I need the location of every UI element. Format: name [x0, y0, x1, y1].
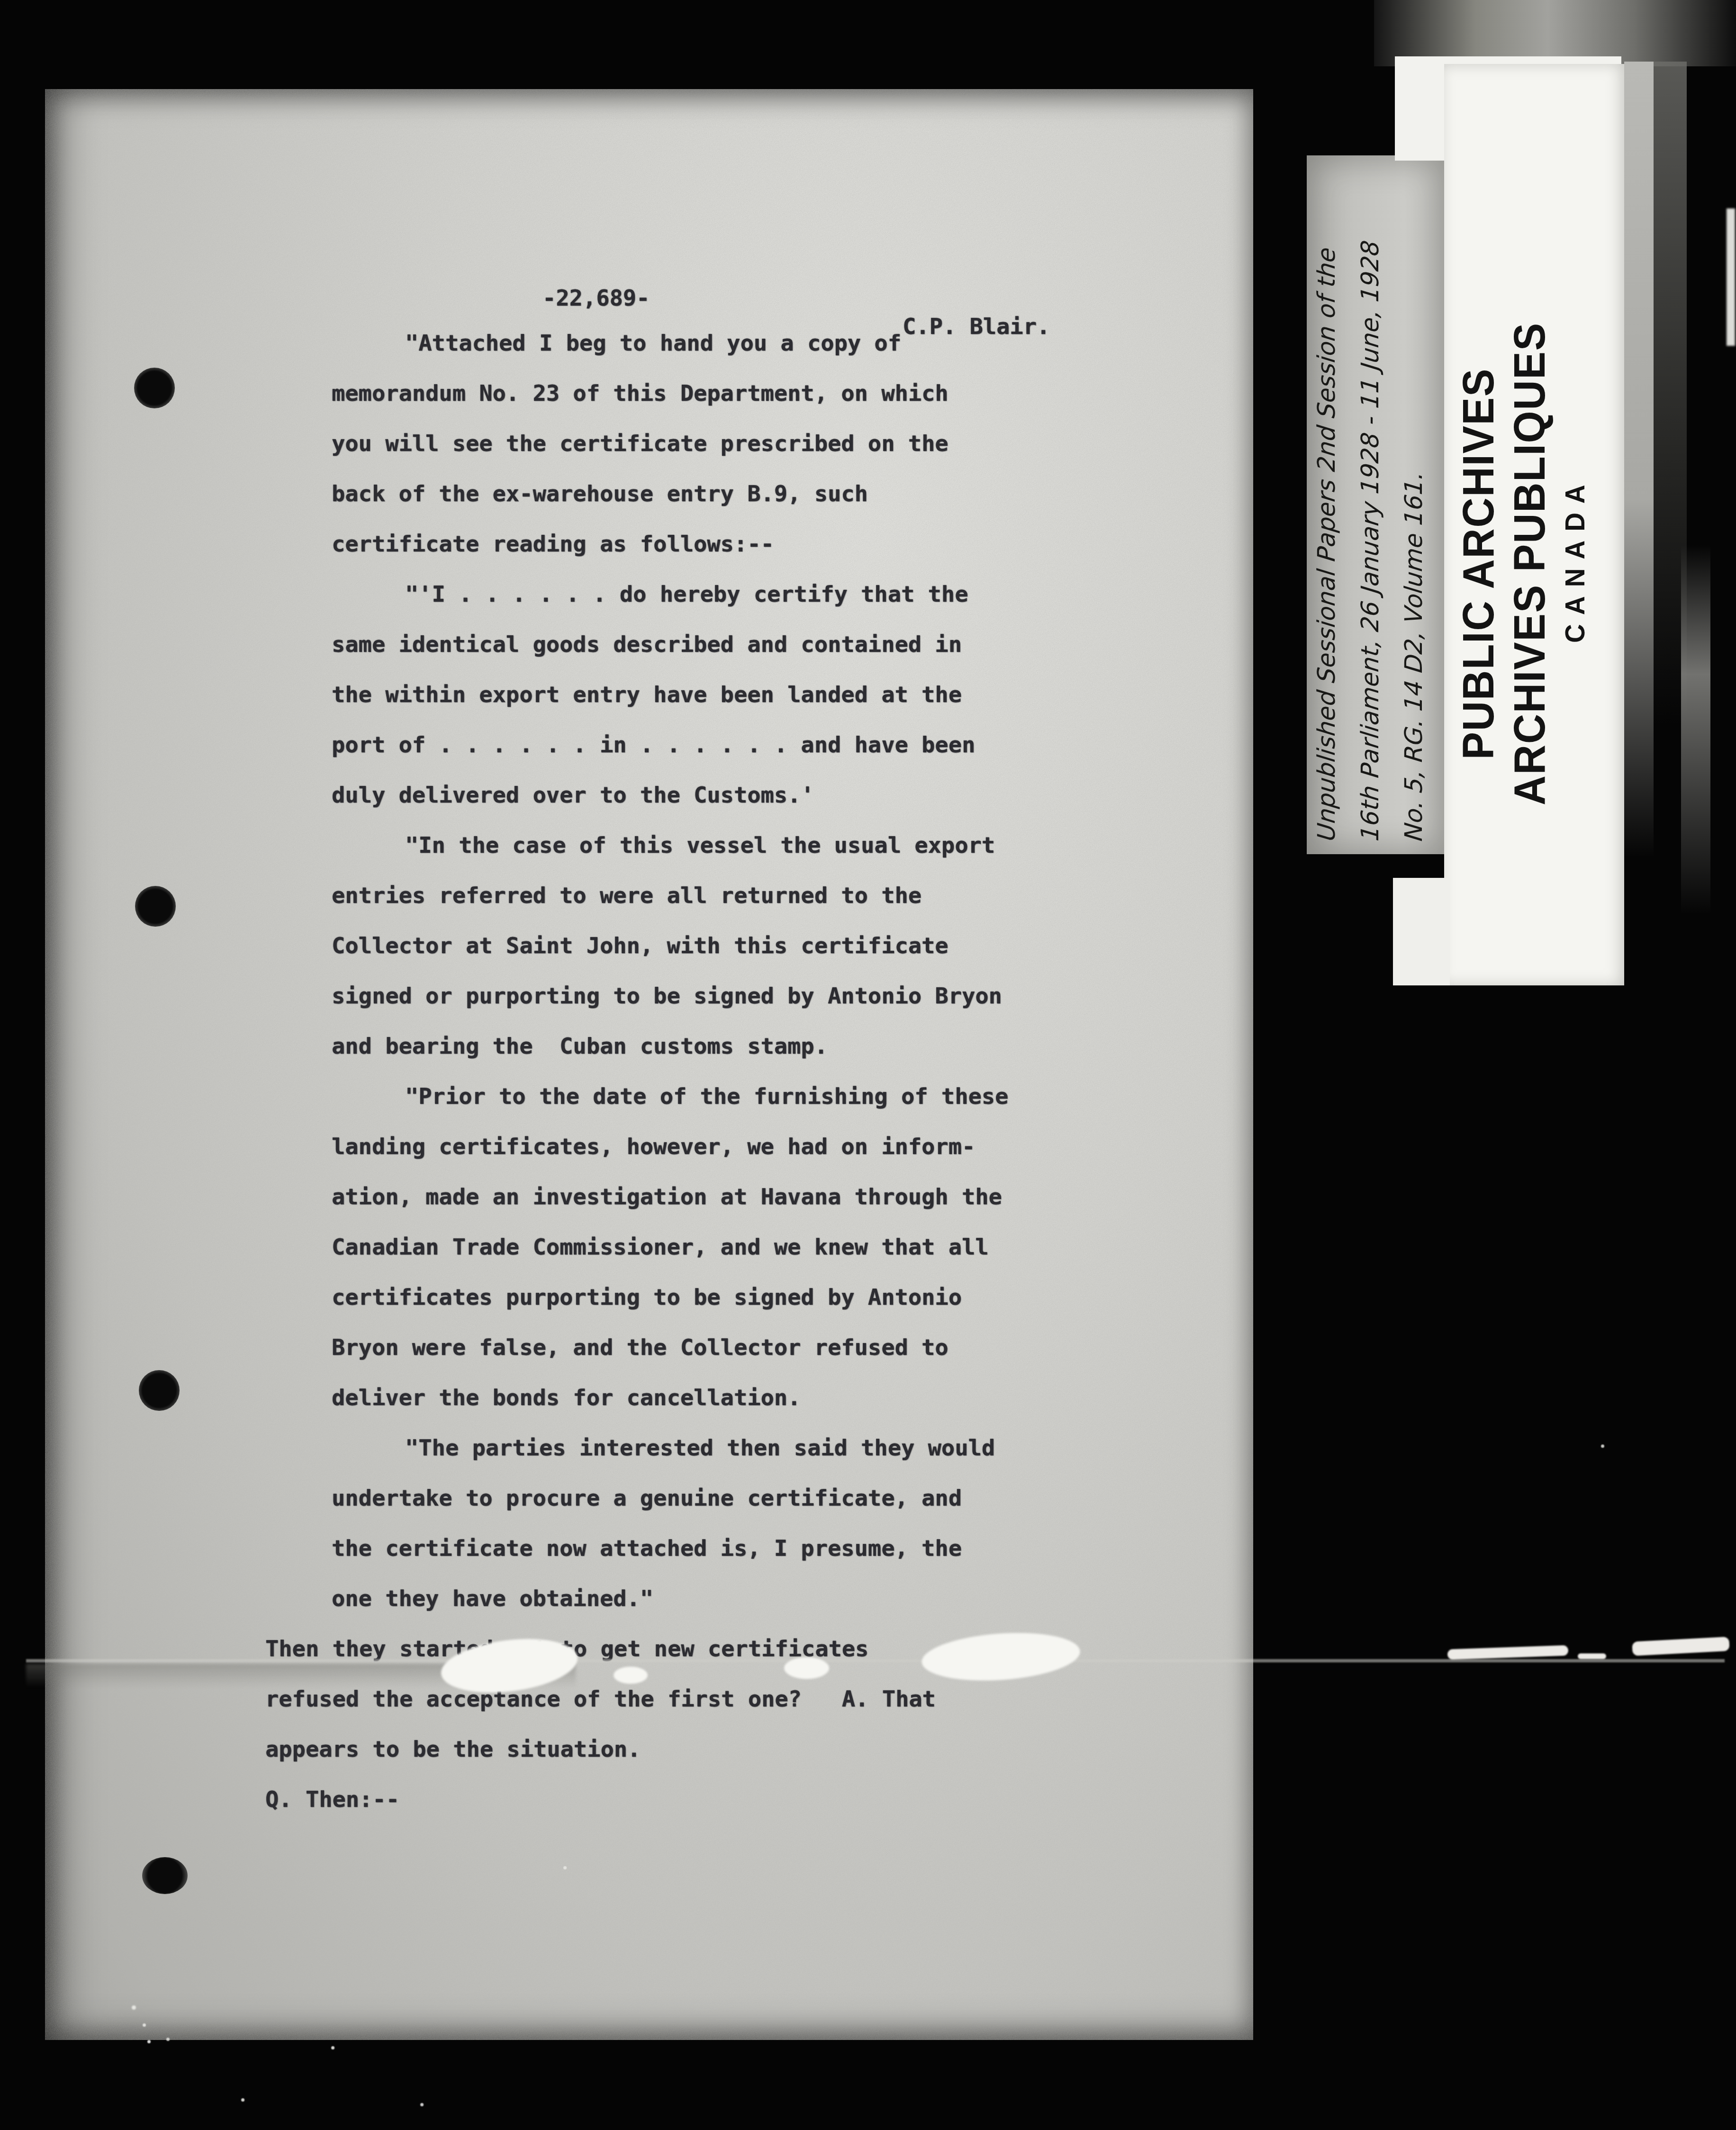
handwriting-line: 16th Parliament, 26 January 1928 - 11 Ju… [1349, 166, 1392, 843]
scratch-mark [1578, 1653, 1606, 1659]
typed-line: Bryon were false, and the Collector refu… [332, 1323, 1253, 1373]
typed-line: appears to be the situation. [265, 1724, 1253, 1775]
typed-line: Collector at Saint John, with this certi… [332, 921, 1253, 971]
page-number: -22,689- [542, 284, 650, 313]
film-edge [1681, 545, 1710, 914]
typed-line: "The parties interested then said they w… [405, 1423, 1253, 1473]
scratch-blotch [614, 1667, 648, 1684]
typed-line: Canadian Trade Commissioner, and we knew… [332, 1222, 1253, 1273]
typed-text-block: "Attached I beg to hand you a copy of me… [45, 318, 1253, 1825]
public-archives-stamp: PUBLIC ARCHIVES ARCHIVES PUBLIQUES CANAD… [1453, 291, 1595, 836]
typed-line: entries referred to were all returned to… [332, 871, 1253, 921]
typed-line: certificate reading as follows:-- [332, 519, 1253, 569]
typed-line: duly delivered over to the Customs.' [332, 770, 1253, 821]
scratch-blotch [784, 1657, 829, 1679]
typed-line: "'I . . . . . . do hereby certify that t… [405, 569, 1253, 620]
stamp-line: CANADA [1555, 305, 1595, 823]
handwritten-annotation: Unpublished Sessional Papers 2nd Session… [1305, 168, 1447, 841]
handwriting-line: No. 5, RG. 14 D2, Volume 161. [1392, 166, 1436, 843]
typed-line: and bearing the Cuban customs stamp. [332, 1021, 1253, 1072]
stamp-line: PUBLIC ARCHIVES [1453, 305, 1504, 823]
typed-line: landing certificates, however, we had on… [332, 1122, 1253, 1172]
typed-line: the within export entry have been landed… [332, 670, 1253, 720]
typed-line: you will see the certificate prescribed … [332, 419, 1253, 469]
film-edge [1727, 208, 1735, 346]
stamp-line: ARCHIVES PUBLIQUES [1504, 305, 1555, 823]
scratch-mark [1632, 1637, 1729, 1656]
document-page: -22,689- C.P. Blair. "Attached I beg to … [45, 89, 1253, 2040]
typed-line: one they have obtained." [332, 1574, 1253, 1624]
archives-label-foot [1393, 878, 1450, 985]
typed-line: ation, made an investigation at Havana t… [332, 1172, 1253, 1222]
typed-line: certificates purporting to be signed by … [332, 1273, 1253, 1323]
typed-line: same identical goods described and conta… [332, 620, 1253, 670]
microfilm-frame: -22,689- C.P. Blair. "Attached I beg to … [0, 0, 1736, 2130]
typed-line: signed or purporting to be signed by Ant… [332, 971, 1253, 1021]
typed-line: back of the ex-warehouse entry B.9, such [332, 469, 1253, 519]
typed-line: Q. Then:-- [265, 1775, 1253, 1825]
page-header: -22,689- C.P. Blair. [45, 256, 1253, 284]
film-scratch [26, 1659, 1725, 1662]
typed-line: port of . . . . . . in . . . . . . and h… [332, 720, 1253, 770]
typed-line: the certificate now attached is, I presu… [332, 1524, 1253, 1574]
typed-line: undertake to procure a genuine certifica… [332, 1473, 1253, 1524]
typed-line: deliver the bonds for cancellation. [332, 1373, 1253, 1423]
film-edge [1624, 62, 1654, 857]
typed-line: memorandum No. 23 of this Department, on… [332, 369, 1253, 419]
handwriting-line: Unpublished Sessional Papers 2nd Session… [1305, 166, 1349, 843]
typed-line: "Prior to the date of the furnishing of … [405, 1072, 1253, 1122]
scratch-mark [1447, 1645, 1569, 1660]
punch-hole [142, 1857, 188, 1894]
typed-line: "Attached I beg to hand you a copy of [405, 318, 1253, 369]
typed-line: "In the case of this vessel the usual ex… [405, 821, 1253, 871]
